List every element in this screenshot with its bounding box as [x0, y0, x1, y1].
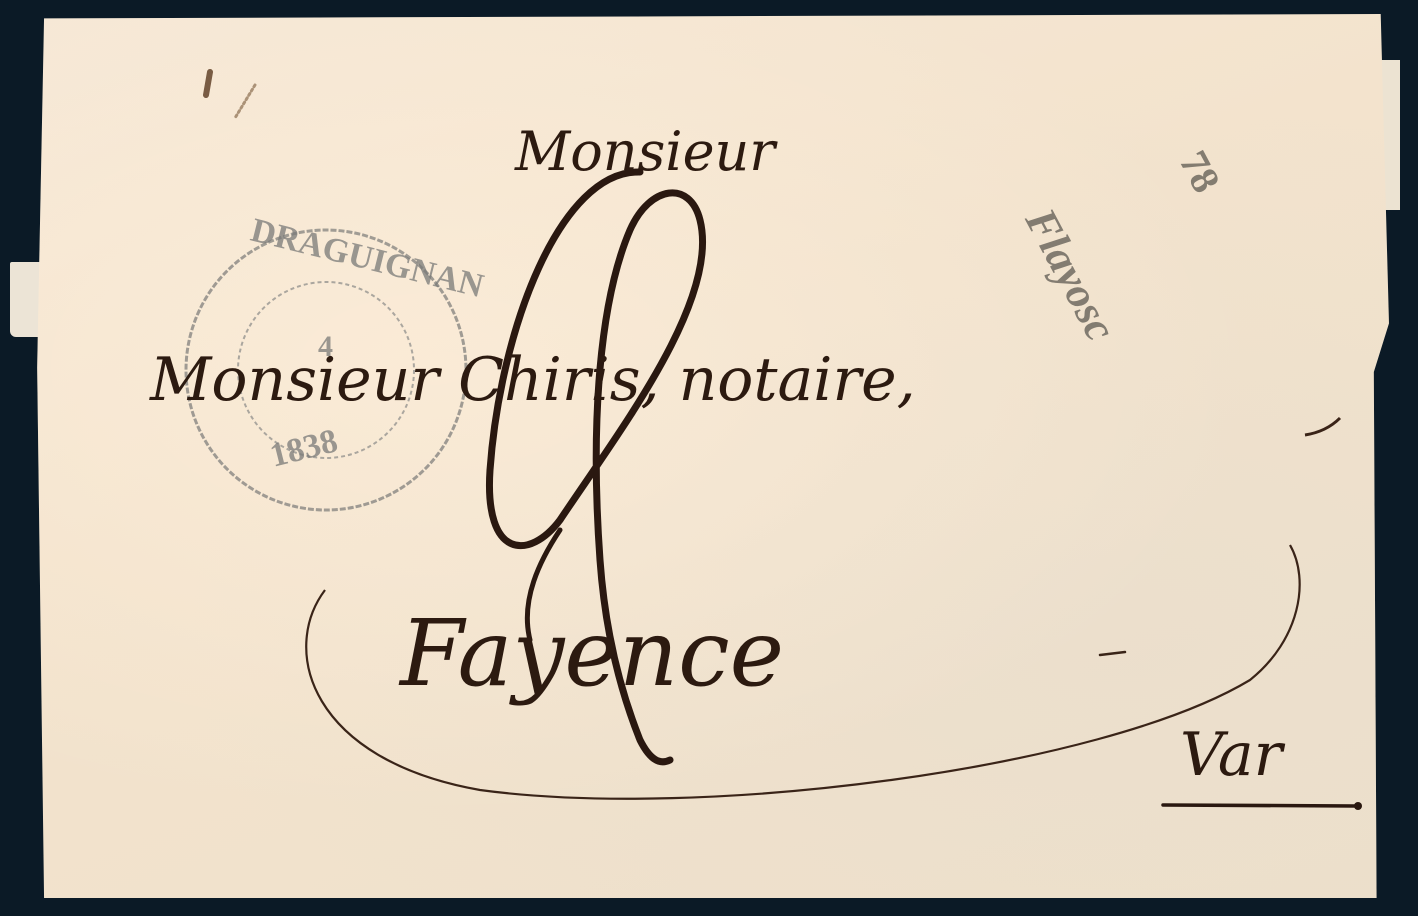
address-city: Fayence — [400, 600, 784, 707]
address-line-1: Monsieur — [515, 120, 775, 183]
address-line-2: Monsieur Chiris, notaire, — [150, 345, 916, 415]
address-department: Var — [1180, 720, 1282, 790]
